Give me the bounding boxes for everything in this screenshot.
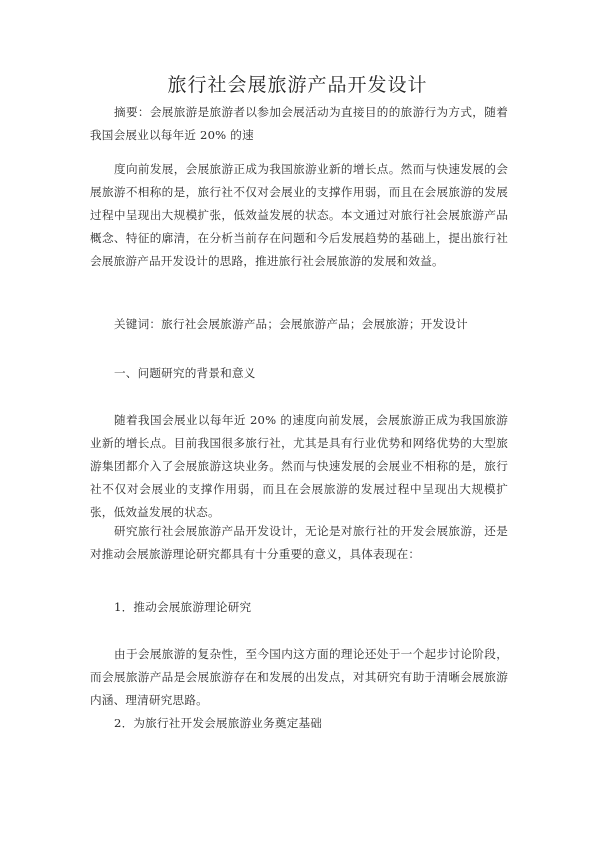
- keywords-line: 关键词：旅行社会展旅游产品；会展旅游产品；会展旅游；开发设计: [90, 313, 508, 336]
- subsection-heading-2: 2．为旅行社开发会展旅游业务奠定基础: [90, 712, 508, 735]
- document-title: 旅行社会展旅游产品开发设计: [0, 72, 595, 98]
- abstract-paragraph-continued: 度向前发展，会展旅游正成为我国旅游业新的增长点。然而与快速发展的会展旅游不相称的…: [90, 158, 508, 273]
- abstract-paragraph-start: 摘要：会展旅游是旅游者以参加会展活动为直接目的的旅游行为方式，随着我国会展业以每…: [90, 101, 508, 147]
- subsection1-paragraph: 由于会展旅游的复杂性，至今国内这方面的理论还处于一个起步讨论阶段，而会展旅游产品…: [90, 643, 508, 712]
- document-page: 旅行社会展旅游产品开发设计 摘要：会展旅游是旅游者以参加会展活动为直接目的的旅游…: [0, 0, 595, 842]
- subsection-heading-1: 1．推动会展旅游理论研究: [90, 596, 508, 619]
- section1-paragraph-1: 随着我国会展业以每年近 20% 的速度向前发展，会展旅游正成为我国旅游业新的增长…: [90, 409, 508, 524]
- section-heading-background: 一、问题研究的背景和意义: [90, 362, 508, 385]
- section1-paragraph-2: 研究旅行社会展旅游产品开发设计，无论是对旅行社的开发会展旅游，还是对推动会展旅游…: [90, 520, 508, 566]
